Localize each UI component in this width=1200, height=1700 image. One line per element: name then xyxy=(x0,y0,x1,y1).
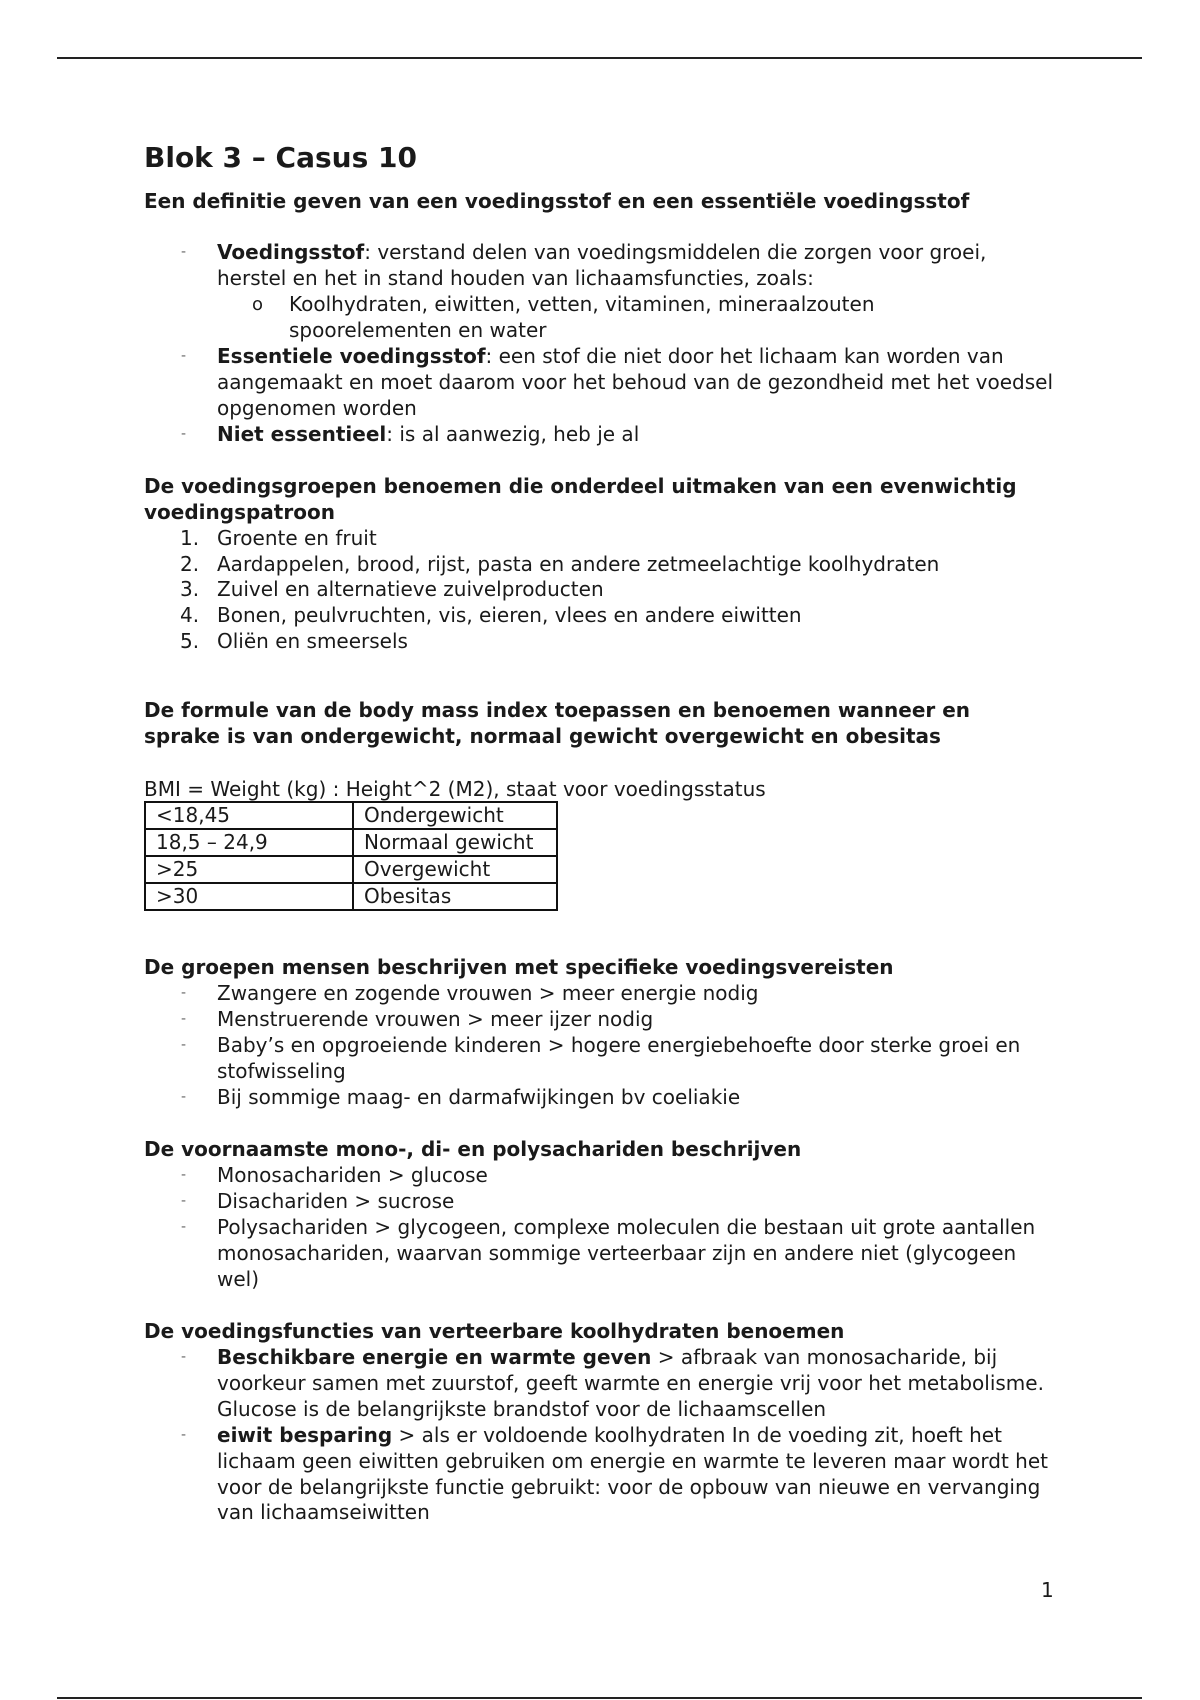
list-number: 5. xyxy=(180,629,200,655)
subitem-text: Koolhydraten, eiwitten, vetten, vitamine… xyxy=(289,292,989,344)
item-text: Aardappelen, brood, rijst, pasta en ande… xyxy=(217,552,1057,578)
bmi-table: <18,45 Ondergewicht 18,5 – 24,9 Normaal … xyxy=(144,801,558,911)
term-label: Beschikbare energie en warmte geven xyxy=(217,1345,651,1369)
term-description: : is al aanwezig, heb je al xyxy=(386,422,639,446)
list-item: 3. Zuivel en alternatieve zuivelproducte… xyxy=(144,577,1064,603)
section-heading-bmi: De formule van de body mass index toepas… xyxy=(144,698,1044,749)
item-text: Monosachariden > glucose xyxy=(217,1163,1057,1189)
item-text: Oliën en smeersels xyxy=(217,629,1057,655)
bullet-dash-icon: - xyxy=(181,240,201,266)
section-heading-saccharides: De voornaamste mono-, di- en polysachari… xyxy=(144,1137,1044,1163)
item-text: Bij sommige maag- en darmafwijkingen bv … xyxy=(217,1085,1057,1111)
item-text: Disachariden > sucrose xyxy=(217,1189,1057,1215)
section-heading-food-groups: De voedingsgroepen benoemen die onderdee… xyxy=(144,474,1044,525)
item-text: Polysachariden > glycogeen, complexe mol… xyxy=(217,1215,1057,1292)
bmi-range: >30 xyxy=(145,883,353,910)
bmi-range: 18,5 – 24,9 xyxy=(145,829,353,856)
item-text: Zuivel en alternatieve zuivelproducten xyxy=(217,577,1057,603)
bmi-range: >25 xyxy=(145,856,353,883)
section-heading-definitions: Een definitie geven van een voedingsstof… xyxy=(144,189,1044,215)
bmi-formula: BMI = Weight (kg) : Height^2 (M2), staat… xyxy=(144,776,766,802)
table-row: >30 Obesitas xyxy=(145,883,557,910)
bmi-category: Normaal gewicht xyxy=(353,829,557,856)
list-item: - Voedingsstof: verstand delen van voedi… xyxy=(144,240,1064,292)
bullet-dash-icon: - xyxy=(181,1423,201,1449)
term-label: eiwit besparing xyxy=(217,1423,392,1447)
bullet-dash-icon: - xyxy=(181,1033,201,1059)
bullet-dash-icon: - xyxy=(181,344,201,370)
list-item: - Monosachariden > glucose xyxy=(144,1163,1064,1189)
list-item: - Essentiele voedingsstof: een stof die … xyxy=(144,344,1064,421)
bullet-dash-icon: - xyxy=(181,1189,201,1215)
bmi-category: Overgewicht xyxy=(353,856,557,883)
section-heading-carbohydrate-functions: De voedingsfuncties van verteerbare kool… xyxy=(144,1319,1044,1345)
list-item: - Menstruerende vrouwen > meer ijzer nod… xyxy=(144,1007,1064,1033)
term-label: Voedingsstof xyxy=(217,240,364,264)
term-label: Essentiele voedingsstof xyxy=(217,344,486,368)
list-number: 2. xyxy=(180,552,200,578)
item-text: Zwangere en zogende vrouwen > meer energ… xyxy=(217,981,1057,1007)
item-text: Menstruerende vrouwen > meer ijzer nodig xyxy=(217,1007,1057,1033)
table-row: 18,5 – 24,9 Normaal gewicht xyxy=(145,829,557,856)
list-item: - Disachariden > sucrose xyxy=(144,1189,1064,1215)
bullet-dash-icon: - xyxy=(181,1085,201,1111)
bmi-category: Ondergewicht xyxy=(353,802,557,829)
bmi-category: Obesitas xyxy=(353,883,557,910)
page-number: 1 xyxy=(1041,1577,1054,1603)
item-text: Groente en fruit xyxy=(217,526,1057,552)
list-item: - eiwit besparing > als er voldoende koo… xyxy=(144,1423,1064,1526)
bullet-dash-icon: - xyxy=(181,1215,201,1241)
list-item: - Niet essentieel: is al aanwezig, heb j… xyxy=(144,422,1064,448)
list-item: - Bij sommige maag- en darmafwijkingen b… xyxy=(144,1085,1064,1111)
list-number: 1. xyxy=(180,526,200,552)
item-text: Bonen, peulvruchten, vis, eieren, vlees … xyxy=(217,603,1057,629)
list-item: - Polysachariden > glycogeen, complexe m… xyxy=(144,1215,1064,1292)
list-number: 3. xyxy=(180,577,200,603)
bullet-circle-icon: o xyxy=(252,292,272,318)
bmi-range: <18,45 xyxy=(145,802,353,829)
item-text: Baby’s en opgroeiende kinderen > hogere … xyxy=(217,1033,1057,1085)
bullet-dash-icon: - xyxy=(181,1345,201,1371)
list-subitem: o Koolhydraten, eiwitten, vetten, vitami… xyxy=(144,292,1064,344)
table-row: <18,45 Ondergewicht xyxy=(145,802,557,829)
bullet-dash-icon: - xyxy=(181,981,201,1007)
header-rule xyxy=(57,57,1142,59)
list-item: 5. Oliën en smeersels xyxy=(144,629,1064,655)
bullet-dash-icon: - xyxy=(181,422,201,448)
list-number: 4. xyxy=(180,603,200,629)
list-item: 1. Groente en fruit xyxy=(144,526,1064,552)
bullet-dash-icon: - xyxy=(181,1007,201,1033)
bullet-dash-icon: - xyxy=(181,1163,201,1189)
list-item: - Zwangere en zogende vrouwen > meer ene… xyxy=(144,981,1064,1007)
term-label: Niet essentieel xyxy=(217,422,386,446)
section-heading-specific-groups: De groepen mensen beschrijven met specif… xyxy=(144,955,1044,981)
table-row: >25 Overgewicht xyxy=(145,856,557,883)
list-item: 4. Bonen, peulvruchten, vis, eieren, vle… xyxy=(144,603,1064,629)
list-item: - Baby’s en opgroeiende kinderen > hoger… xyxy=(144,1033,1064,1085)
list-item: 2. Aardappelen, brood, rijst, pasta en a… xyxy=(144,552,1064,578)
footer-rule xyxy=(57,1697,1142,1699)
list-item: - Beschikbare energie en warmte geven > … xyxy=(144,1345,1064,1422)
document-title: Blok 3 – Casus 10 xyxy=(144,141,417,175)
